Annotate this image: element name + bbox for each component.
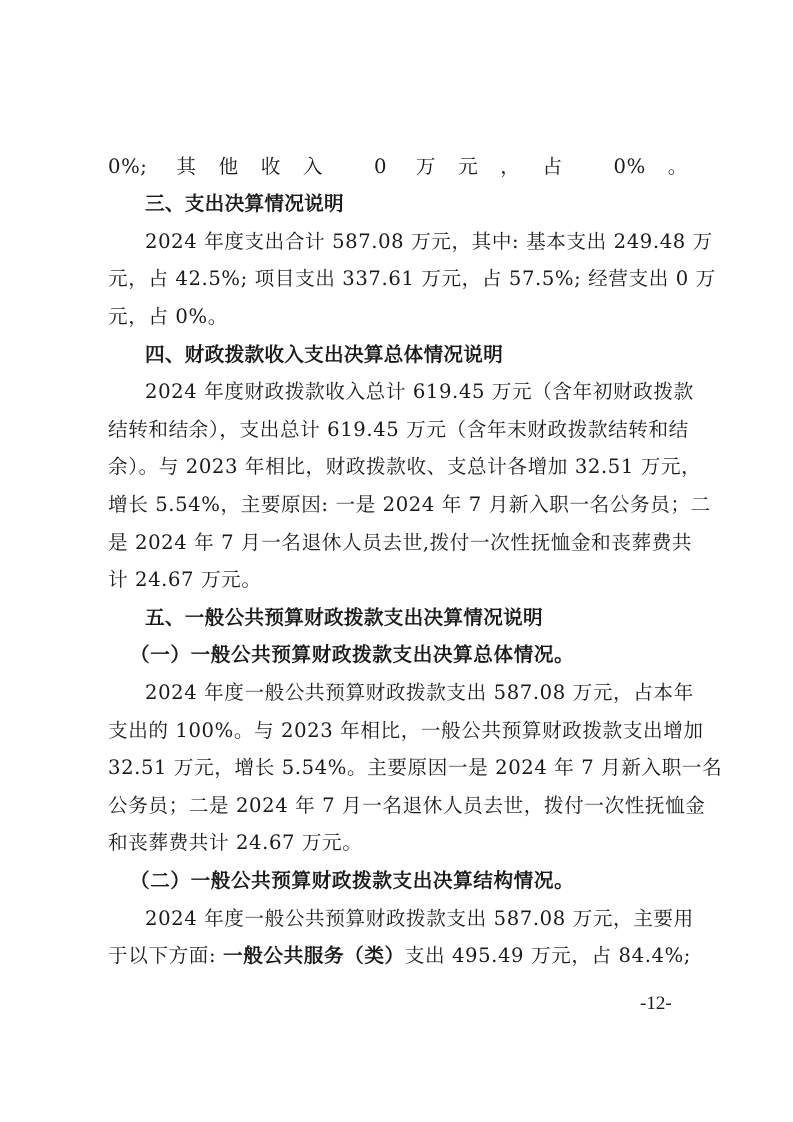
paragraph-line: 增长 5.54%，主要原因: 一是 2024 年 7 月新入职一名公务员；二 [108, 486, 688, 523]
page-number: -12- [640, 990, 672, 1018]
paragraph-line: 公务员；二是 2024 年 7 月一名退休人员去世，拨付一次性抚恤金 [108, 787, 688, 824]
paragraph-line-last: 于以下方面: 一般公共服务（类）支出 495.49 万元，占 84.4%; [108, 937, 688, 974]
paragraph-line: 和丧葬费共计 24.67 万元。 [108, 824, 688, 861]
paragraph-line: 2024 年度支出合计 587.08 万元，其中: 基本支出 249.48 万 [145, 223, 688, 260]
paragraph-line: 元，占 0%。 [108, 298, 688, 335]
paragraph-line: 余）。与 2023 年相比，财政拨款收、支总计各增加 32.51 万元， [108, 448, 688, 485]
section-heading-4: 四、财政拨款收入支出决算总体情况说明 [145, 336, 688, 373]
document-page: 0%; 其他收入 0 万元，占 0%。 三、支出决算情况说明 2024 年度支出… [0, 0, 793, 1122]
paragraph-line: 元，占 42.5%; 项目支出 337.61 万元，占 57.5%; 经营支出 … [108, 260, 688, 297]
line-suffix: 支出 495.49 万元，占 84.4%; [405, 944, 691, 967]
paragraph-line: 2024 年度财政拨款收入总计 619.45 万元（含年初财政拨款 [145, 373, 688, 410]
line-prefix: 于以下方面: [108, 944, 223, 967]
paragraph-line: 支出的 100%。与 2023 年相比，一般公共预算财政拨款支出增加 [108, 712, 688, 749]
subsection-heading-1: （一）一般公共预算财政拨款支出决算总体情况。 [130, 636, 710, 673]
paragraph-line: 是 2024 年 7 月一名退休人员去世,拨付一次性抚恤金和丧葬费共 [108, 524, 688, 561]
paragraph-line: 32.51 万元，增长 5.54%。主要原因一是 2024 年 7 月新入职一名 [108, 749, 688, 786]
section-heading-3: 三、支出决算情况说明 [145, 185, 688, 222]
paragraph-line: 结转和结余），支出总计 619.45 万元（含年末财政拨款结转和结 [108, 411, 688, 448]
section-heading-5: 五、一般公共预算财政拨款支出决算情况说明 [145, 599, 688, 636]
bold-category: 一般公共服务（类） [223, 944, 405, 967]
paragraph-line: 2024 年度一般公共预算财政拨款支出 587.08 万元，主要用 [145, 900, 688, 937]
paragraph-line: 计 24.67 万元。 [108, 561, 688, 598]
subsection-heading-2: （二）一般公共预算财政拨款支出决算结构情况。 [130, 862, 710, 899]
paragraph-line: 0%; 其他收入 0 万元，占 0%。 [108, 148, 688, 185]
paragraph-line: 2024 年度一般公共预算财政拨款支出 587.08 万元，占本年 [145, 674, 688, 711]
